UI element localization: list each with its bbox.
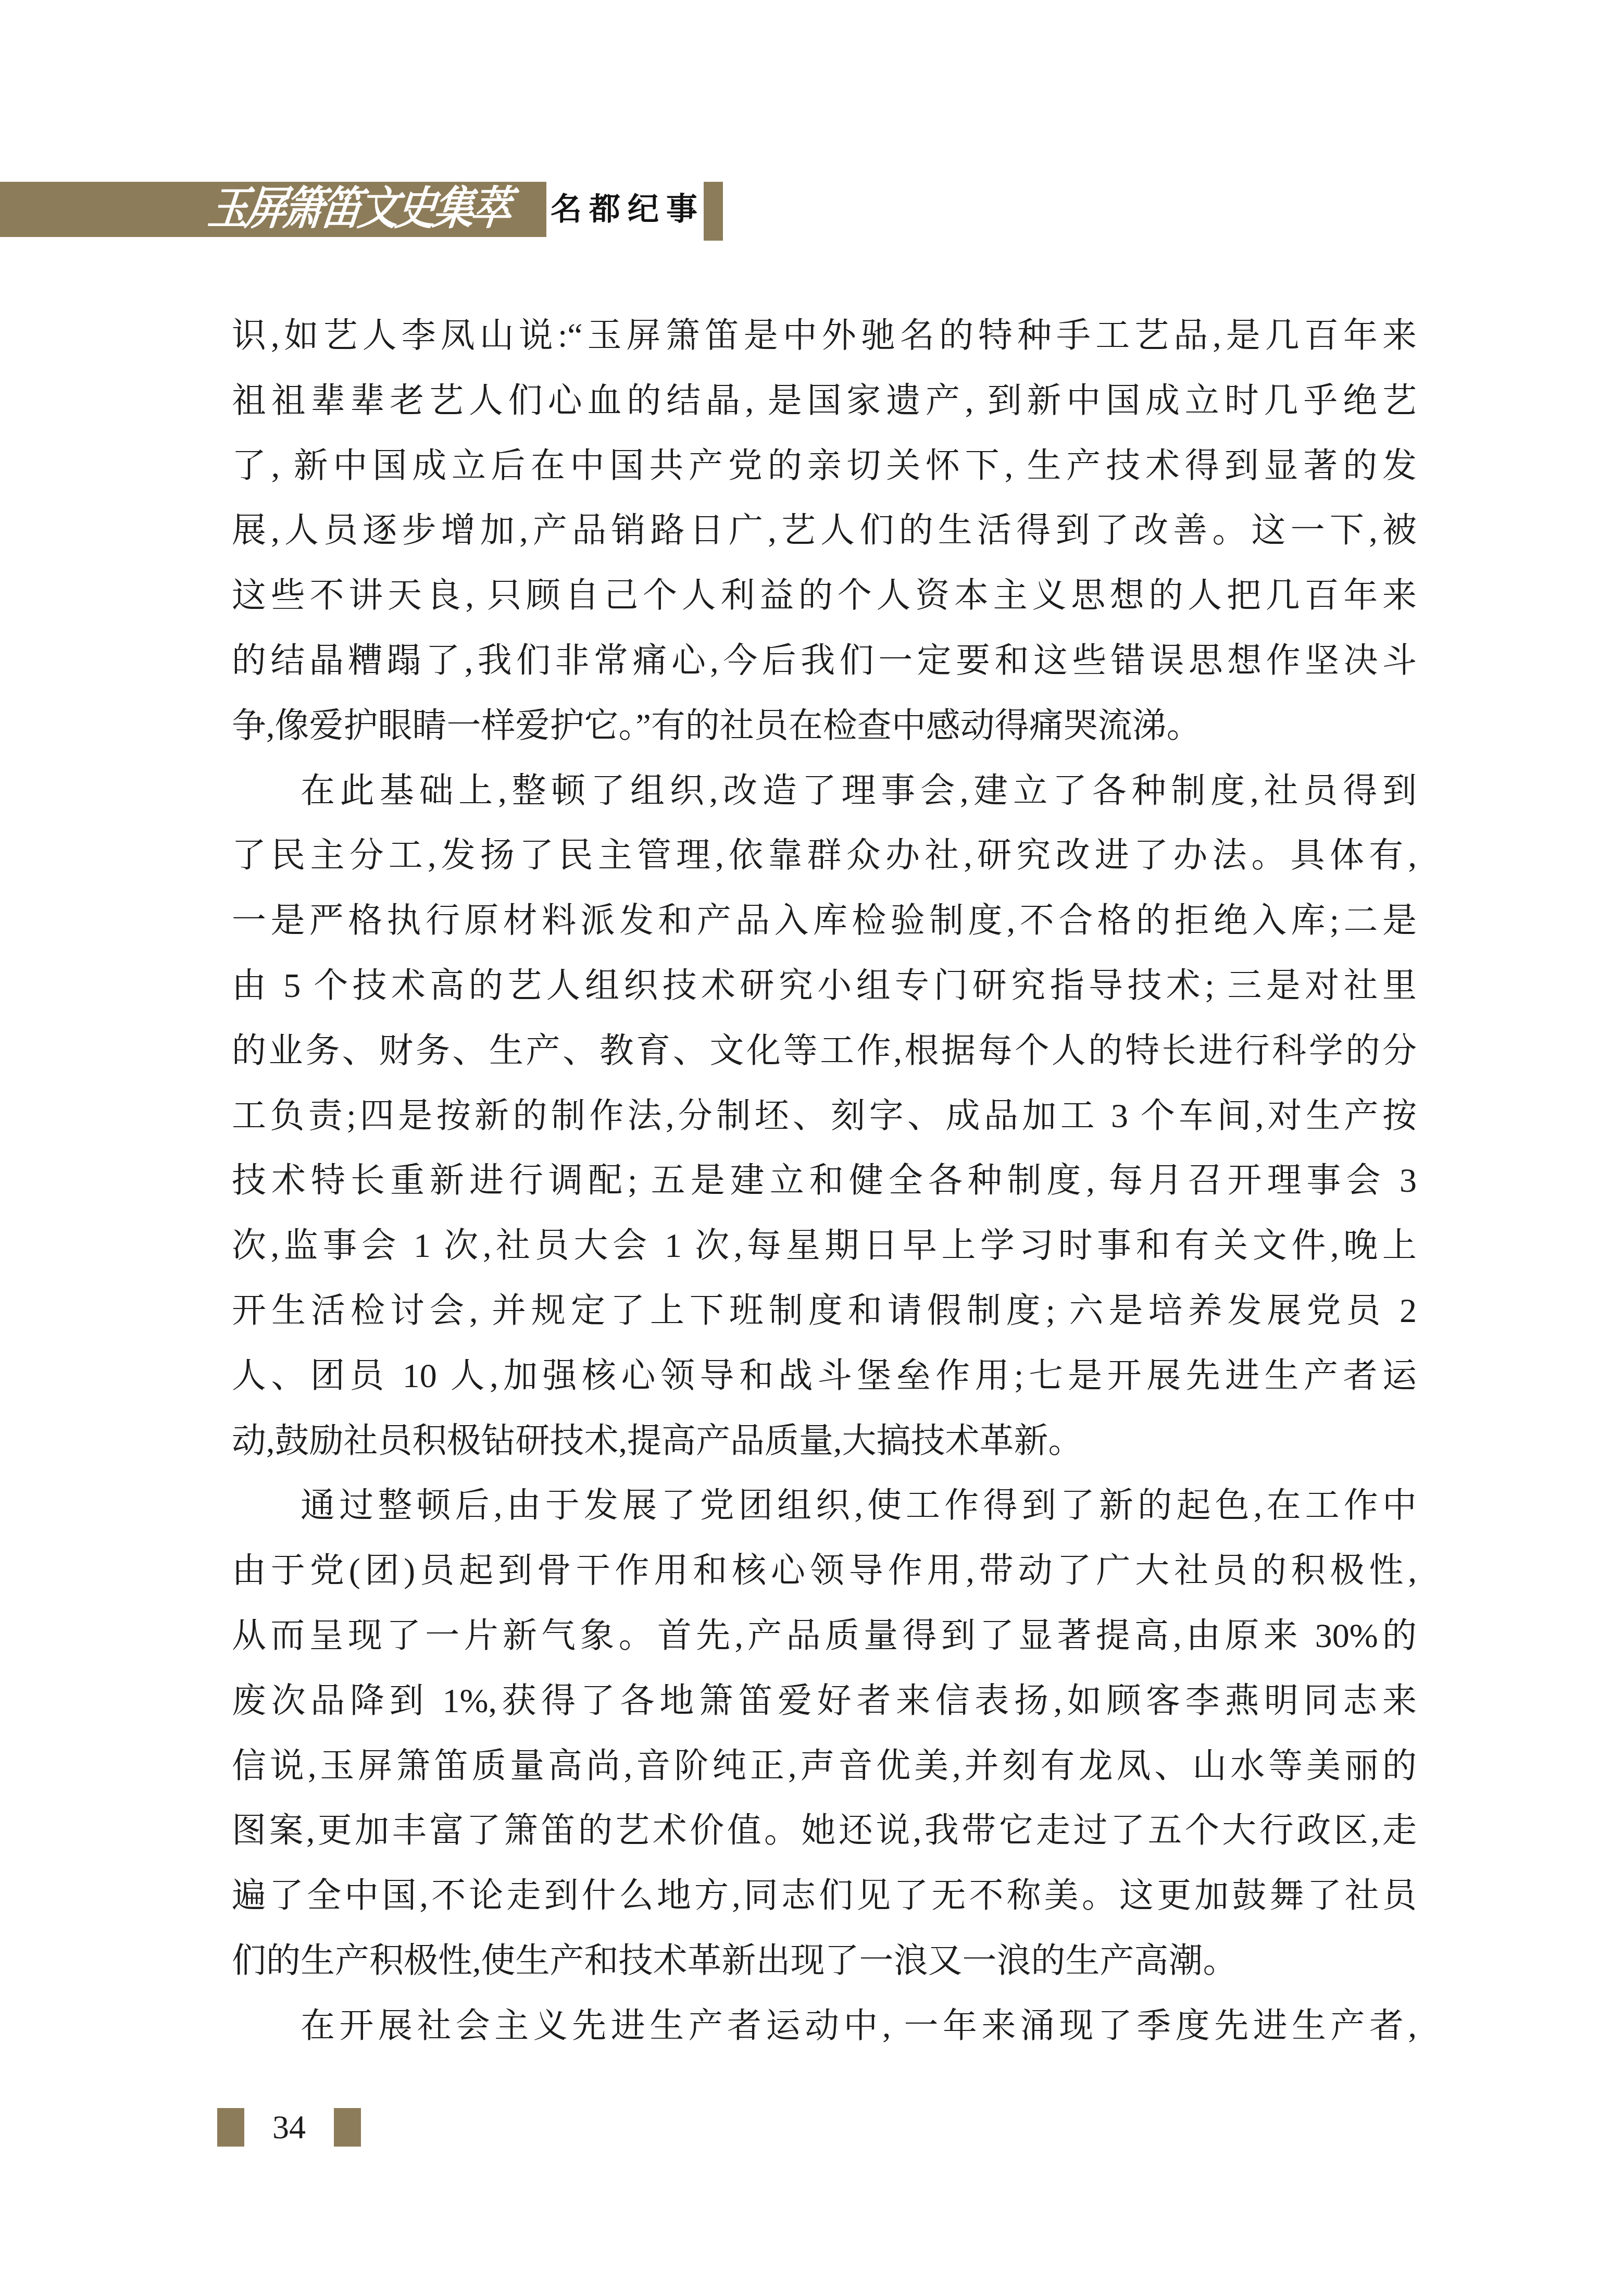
page-number-ornament-right-icon — [334, 2108, 361, 2147]
text-line: 在开展社会主义先进生产者运动中, 一年来涌现了季度先进生产者, — [232, 1994, 1417, 2059]
page-number: 34 — [244, 2108, 334, 2147]
text-line: 展,人员逐步增加,产品销路日广,艺人们的生活得到了改善。这一下,被 — [232, 498, 1417, 564]
text-line: 次,监事会 1 次,社员大会 1 次,每星期日早上学习时事和有关文件,晚上 — [232, 1214, 1417, 1279]
text-line: 遍了全中国,不论走到什么地方,同志们见了无不称美。这更加鼓舞了社员 — [232, 1864, 1417, 1929]
text-line: 这些不讲天良, 只顾自己个人利益的个人资本主义思想的人把几百年来 — [232, 564, 1417, 629]
header-banner: 玉屏箫笛文史集萃 — [0, 182, 546, 237]
header-accent-bar — [704, 182, 723, 241]
text-line: 从而呈现了一片新气象。首先,产品质量得到了显著提高,由原来 30%的 — [232, 1604, 1417, 1669]
text-line: 人、团员 10 人,加强核心领导和战斗堡垒作用;七是开展先进生产者运 — [232, 1344, 1417, 1409]
text-line: 废次品降到 1%,获得了各地箫笛爱好者来信表扬,如顾客李燕明同志来 — [232, 1669, 1417, 1734]
text-line: 技术特长重新进行调配; 五是建立和健全各种制度, 每月召开理事会 3 — [232, 1149, 1417, 1214]
text-line: 了民主分工,发扬了民主管理,依靠群众办社,研究改进了办法。具体有, — [232, 824, 1417, 889]
text-line: 争,像爱护眼睛一样爱护它。”有的社员在检查中感动得痛哭流涕。 — [232, 694, 1417, 759]
text-line: 由于党(团)员起到骨干作用和核心领导作用,带动了广大社员的积极性, — [232, 1539, 1417, 1604]
page-footer: 34 — [217, 2108, 361, 2147]
page: 玉屏箫笛文史集萃 名都纪事 识,如艺人李凤山说:“玉屏箫笛是中外驰名的特种手工艺… — [0, 0, 1624, 2269]
text-line: 了, 新中国成立后在中国共产党的亲切关怀下, 生产技术得到显著的发 — [232, 434, 1417, 499]
text-line: 祖祖辈辈老艺人们心血的结晶, 是国家遗产, 到新中国成立时几乎绝艺 — [232, 369, 1417, 434]
text-line: 的业务、财务、生产、教育、文化等工作,根据每个人的特长进行科学的分 — [232, 1019, 1417, 1084]
text-line: 信说,玉屏箫笛质量高尚,音阶纯正,声音优美,并刻有龙凤、山水等美丽的 — [232, 1734, 1417, 1799]
text-line: 通过整顿后,由于发展了党团组织,使工作得到了新的起色,在工作中 — [232, 1474, 1417, 1539]
text-line: 在此基础上,整顿了组织,改造了理事会,建立了各种制度,社员得到 — [232, 759, 1417, 824]
text-line: 工负责;四是按新的制作法,分制坯、刻字、成品加工 3 个车间,对生产按 — [232, 1084, 1417, 1149]
header-section-title: 名都纪事 — [551, 182, 705, 237]
body-text: 识,如艺人李凤山说:“玉屏箫笛是中外驰名的特种手工艺品,是几百年来 祖祖辈辈老艺… — [232, 304, 1417, 2059]
page-number-ornament-left-icon — [217, 2108, 244, 2147]
text-line: 由 5 个技术高的艺人组织技术研究小组专门研究指导技术; 三是对社里 — [232, 954, 1417, 1019]
calligraphy-title: 玉屏箫笛文史集萃 — [205, 174, 545, 244]
text-line: 们的生产积极性,使生产和技术革新出现了一浪又一浪的生产高潮。 — [232, 1929, 1417, 1994]
text-line: 的结晶糟蹋了,我们非常痛心,今后我们一定要和这些错误思想作坚决斗 — [232, 629, 1417, 694]
text-line: 开生活检讨会, 并规定了上下班制度和请假制度; 六是培养发展党员 2 — [232, 1279, 1417, 1344]
text-line: 识,如艺人李凤山说:“玉屏箫笛是中外驰名的特种手工艺品,是几百年来 — [232, 304, 1417, 369]
text-line: 动,鼓励社员积极钻研技术,提高产品质量,大搞技术革新。 — [232, 1409, 1417, 1474]
text-line: 一是严格执行原材料派发和产品入库检验制度,不合格的拒绝入库;二是 — [232, 889, 1417, 954]
text-line: 图案,更加丰富了箫笛的艺术价值。她还说,我带它走过了五个大行政区,走 — [232, 1799, 1417, 1864]
